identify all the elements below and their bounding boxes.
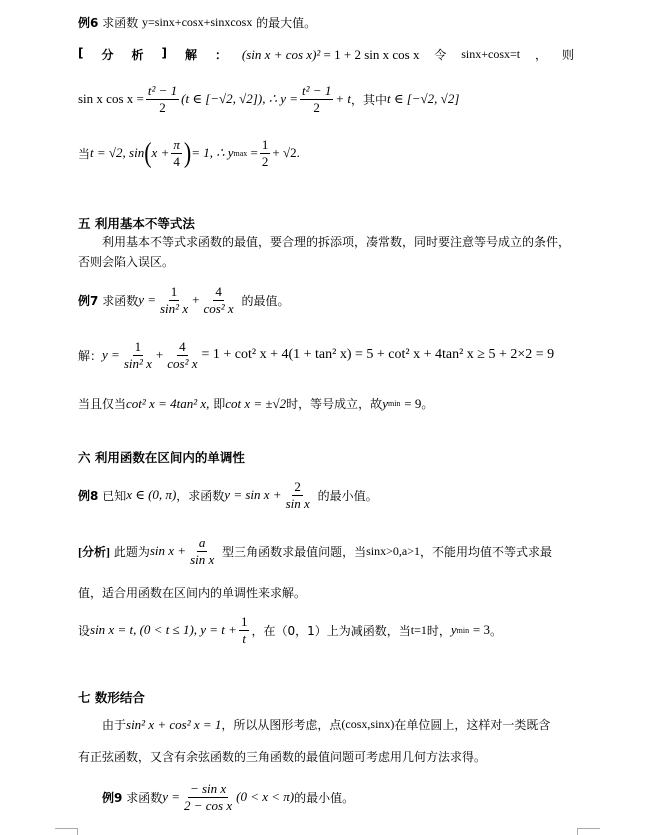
example-6-title: 例6 求函数 y=sinx+cosx+sinxcosx 的最大值。 xyxy=(78,14,316,31)
fraction-1-over-sin2x: 1 sin² x xyxy=(122,340,154,370)
therefore-y: , ∴ y = xyxy=(262,91,298,107)
example-7-tail: 的最值。 xyxy=(242,292,290,309)
analysis-label: [分析] xyxy=(78,543,110,560)
point-coordinates: (cosx,sinx) xyxy=(341,717,394,732)
analysis-text-3: ，不能用均值不等式求最 xyxy=(420,543,552,560)
condition-tail: 时，等号成立，故 xyxy=(286,395,382,412)
paren-close: ) xyxy=(184,136,191,170)
solution-text-2: 时， xyxy=(427,622,451,639)
para-text-2: 在单位圆上，这样对一类既含 xyxy=(394,716,550,733)
fraction-1-over-t: 1 t xyxy=(239,615,250,645)
example-9-tail: 的最小值。 xyxy=(294,789,354,806)
example-7-title: 例7 求函数 y = 1 sin² x + 4 cos² x 的最值。 xyxy=(78,285,290,315)
example-8-prompt-2: ，求函数 xyxy=(176,487,224,504)
let-word: 令 xyxy=(434,46,446,63)
page-corner-marker-right xyxy=(577,828,600,835)
frac-num: 1 xyxy=(169,285,180,301)
equals-one-therefore: = 1, ∴ y xyxy=(191,145,233,161)
solution-text: ，在（0，1）上为减函数，当 xyxy=(251,622,410,639)
section-7-heading: 七 数形结合 xyxy=(78,688,145,706)
frac-num: π xyxy=(171,138,182,154)
example-8-analysis-line1: [分析] 此题为 sin x + a sin x 型三角函数求最值问题，当 si… xyxy=(78,536,552,566)
example-9-label: 例9 xyxy=(102,789,122,806)
result-3: = 3 xyxy=(473,622,490,638)
analysis-text-2: 型三角函数求最值问题，当 xyxy=(222,543,366,560)
condition-ie: 即 xyxy=(213,395,225,412)
example-9-title: 例9 求函数 y = − sin x 2 − cos x (0 < x < π)… xyxy=(102,782,354,812)
fraction-t2-minus-1-over-2: t² − 1 2 xyxy=(146,84,179,114)
subscript-max: max xyxy=(234,149,248,158)
frac-num: 4 xyxy=(177,340,188,356)
solution-char: 解 xyxy=(185,46,197,63)
t-equals-1: t=1 xyxy=(411,623,427,638)
solution-expansion: = 1 + cot² x + 4(1 + tan² x) = 5 + cot² … xyxy=(202,347,555,363)
condition-prefix: 当且仅当 xyxy=(78,395,126,412)
frac-num: 1 xyxy=(260,138,271,154)
page-corner-marker-left xyxy=(55,828,78,835)
then-word: 则 xyxy=(562,46,574,63)
analysis-expression: sin x + xyxy=(150,543,186,559)
comma: ， xyxy=(535,46,547,63)
frac-num: 2 xyxy=(292,480,303,496)
plus-sqrt2: + √2. xyxy=(272,145,299,161)
frac-num: − sin x xyxy=(188,782,228,798)
section-5-paragraph: 利用基本不等式求函数的最值，要合理的拆添项，凑常数，同时要注意等号成立的条件， … xyxy=(78,232,588,272)
para-text-1: ，所以从图形考虑，点 xyxy=(221,716,341,733)
y-equals: y = xyxy=(138,292,156,308)
example-6-prompt: 求函数 xyxy=(102,14,138,31)
eq-lhs: (sin x + cos x)² xyxy=(242,47,320,62)
fraction-4-over-cos2x: 4 cos² x xyxy=(165,340,199,370)
period: 。 xyxy=(490,622,502,639)
analysis-condition: sinx>0,a>1 xyxy=(366,544,420,559)
frac-num: t² − 1 xyxy=(300,84,333,100)
section-6-heading: 六 利用函数在区间内的单调性 xyxy=(78,448,245,466)
fraction-a-over-sinx: a sin x xyxy=(188,536,216,566)
paragraph-line-2: 否则会陷入误区。 xyxy=(78,252,588,272)
frac-den: 4 xyxy=(171,154,182,169)
t-equals-sqrt2: t = √2, sin xyxy=(90,145,144,161)
example-6-function: y=sinx+cosx+sinxcosx xyxy=(142,15,252,30)
para-prefix: 由于 xyxy=(102,716,126,733)
analysis-text-1: 此题为 xyxy=(114,543,150,560)
frac-num: 1 xyxy=(239,615,250,631)
fraction-neg-sinx-over-2-minus-cosx: − sin x 2 − cos x xyxy=(182,782,234,812)
when-text: 当 xyxy=(78,145,90,162)
fraction-y: t² − 1 2 xyxy=(300,84,333,114)
domain-x: (0 < x < π) xyxy=(236,789,294,805)
paragraph-line-1: 利用基本不等式求函数的最值，要合理的拆添项，凑常数，同时要注意等号成立的条件， xyxy=(78,232,588,252)
paren-open: ( xyxy=(144,136,151,170)
example-8-analysis-line2: 值，适合用函数在区间内的单调性来求解。 xyxy=(78,584,306,601)
domain-x: x ∈ (0, π) xyxy=(126,487,176,503)
plus-t: + t xyxy=(335,91,351,107)
frac-den: sin² x xyxy=(158,301,190,316)
example-7-solution: 解： y = 1 sin² x + 4 cos² x = 1 + cot² x … xyxy=(78,340,554,370)
condition-expression: cot² x = 4tan² x, xyxy=(126,396,209,412)
x-plus: x + xyxy=(152,145,170,161)
example-6-tail: 的最大值。 xyxy=(256,14,316,31)
frac-den: sin² x xyxy=(122,356,154,371)
domain-t-2: t ∈ [−√2, √2] xyxy=(387,91,459,107)
frac-den: t xyxy=(240,631,248,646)
solution-expression: sin x = t, (0 < t ≤ 1), y = t + xyxy=(90,622,237,638)
example-8-solution: 设 sin x = t, (0 < t ≤ 1), y = t + 1 t ，在… xyxy=(78,615,502,645)
fraction-4-over-cos2x: 4 cos² x xyxy=(201,285,235,315)
where-text: ，其中 xyxy=(351,91,387,108)
example-7-label: 例7 xyxy=(78,292,98,309)
analysis-label: [ 分 析 ] 解 ： xyxy=(78,46,227,63)
frac-num: t² − 1 xyxy=(146,84,179,100)
frac-num: 1 xyxy=(133,340,144,356)
frac-den: cos² x xyxy=(165,356,199,371)
section-7-paragraph-line1: 由于 sin² x + cos² x = 1 ，所以从图形考虑，点 (cosx,… xyxy=(102,716,550,733)
equation-square: (sin x + cos x)² = 1 + 2 sin x cos x xyxy=(242,47,420,63)
example-6-analysis-line1: [ 分 析 ] 解 ： (sin x + cos x)² = 1 + 2 sin… xyxy=(78,46,574,63)
period: 。 xyxy=(421,395,433,412)
domain-t: (t ∈ [−√2, √2]) xyxy=(181,91,262,107)
example-8-title: 例8 已知 x ∈ (0, π) ，求函数 y = sin x + 2 sin … xyxy=(78,480,378,510)
colon: ： xyxy=(215,46,227,63)
example-8-label: 例8 xyxy=(78,487,98,504)
section-7-paragraph-line2: 有正弦函数，又含有余弦函数的三角函数的最值问题可考虑用几何方法求得。 xyxy=(78,748,486,765)
equals: = xyxy=(251,145,258,161)
frac-den: 2 xyxy=(311,100,322,115)
plus: + xyxy=(156,347,163,363)
example-7-prompt: 求函数 xyxy=(102,292,138,309)
frac-den: 2 − cos x xyxy=(182,798,234,813)
section-5-heading: 五 利用基本不等式法 xyxy=(78,214,195,232)
analysis-char-1: 分 xyxy=(101,46,113,63)
frac-den: 2 xyxy=(157,100,168,115)
cot-equals: cot x = ±√2 xyxy=(225,396,286,412)
solution-prefix: 设 xyxy=(78,622,90,639)
y-equals: y = xyxy=(102,347,120,363)
y-equals: y = xyxy=(162,789,180,805)
fraction-pi-over-4: π 4 xyxy=(171,138,182,168)
fraction-1-over-sin2x: 1 sin² x xyxy=(158,285,190,315)
example-8-tail: 的最小值。 xyxy=(318,487,378,504)
example-8-prompt: 已知 xyxy=(102,487,126,504)
frac-num: 4 xyxy=(213,285,224,301)
result-9: = 9 xyxy=(404,396,421,412)
subscript-min: min xyxy=(457,626,469,635)
identity-expression: sin² x + cos² x = 1 xyxy=(126,717,221,733)
eq-rhs: = 1 + 2 sin x cos x xyxy=(324,47,420,62)
fraction-2-over-sinx: 2 sin x xyxy=(284,480,312,510)
plus: + xyxy=(192,292,199,308)
subscript-min: min xyxy=(388,399,400,408)
frac-num: a xyxy=(197,536,208,552)
sinxcosx-lhs: sin x cos x = xyxy=(78,91,144,107)
function-y: y = sin x + xyxy=(224,487,281,503)
frac-den: sin x xyxy=(188,552,216,567)
fraction-one-half: 1 2 xyxy=(260,138,271,168)
let-expression: sinx+cosx=t xyxy=(461,47,520,62)
example-7-condition: 当且仅当 cot² x = 4tan² x, 即 cot x = ±√2 时，等… xyxy=(78,395,433,412)
example-6-analysis-line2: sin x cos x = t² − 1 2 (t ∈ [−√2, √2]) ,… xyxy=(78,84,459,114)
analysis-char-2: 析 xyxy=(132,46,144,63)
example-6-analysis-line3: 当 t = √2, sin ( x + π 4 ) = 1, ∴ ymax = … xyxy=(78,138,300,168)
frac-den: cos² x xyxy=(201,301,235,316)
solution-label: 解： xyxy=(78,347,102,364)
example-6-label: 例6 xyxy=(78,14,98,31)
frac-den: 2 xyxy=(260,154,271,169)
frac-den: sin x xyxy=(284,496,312,511)
example-9-prompt: 求函数 xyxy=(126,789,162,806)
